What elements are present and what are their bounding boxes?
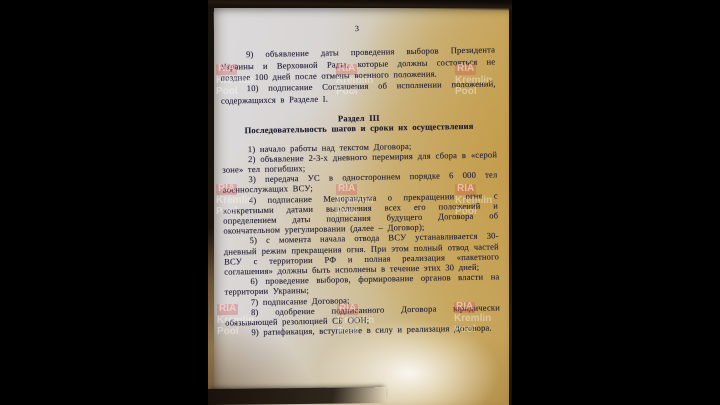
paragraph-item-10: 10) подписание Соглашения об исполнении … <box>221 79 496 107</box>
document-page: 3 9) объявление даты проведения выборов … <box>214 8 509 405</box>
bottom-shadow <box>208 387 386 405</box>
page-text-block: 3 9) объявление даты проведения выборов … <box>210 5 512 405</box>
letterboxed-stage: 3 9) объявление даты проведения выборов … <box>0 0 720 405</box>
step-5: 5) с момента начала отвода ВСУ устанавли… <box>224 231 500 277</box>
step-4: 4) подписание Меморандума о прекращении … <box>223 190 499 236</box>
page-number: 3 <box>220 21 495 36</box>
document-photo: 3 9) объявление даты проведения выборов … <box>208 0 512 405</box>
paragraph-item-9: 9) объявление даты проведения выборов Пр… <box>220 45 496 84</box>
